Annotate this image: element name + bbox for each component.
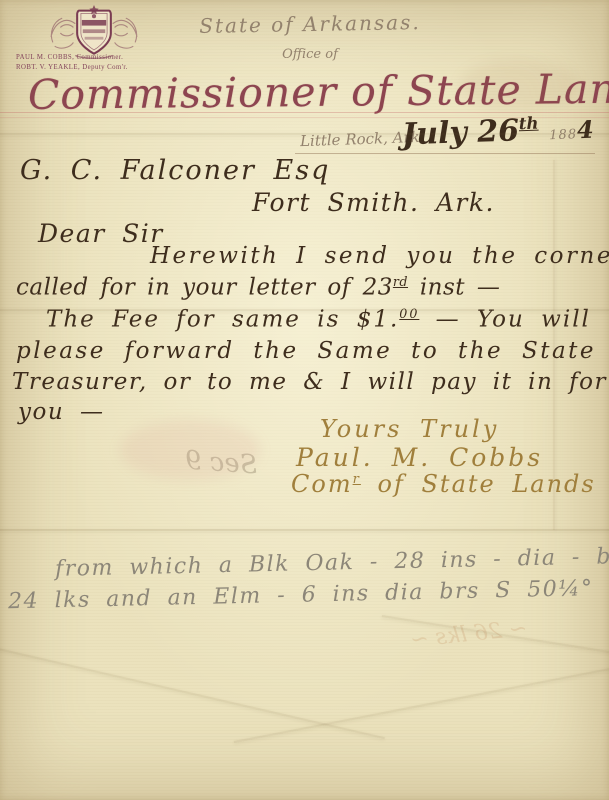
official-commissioner: PAUL M. COBBS, Commissioner.	[16, 53, 196, 63]
body-line-2-tail: inst —	[408, 275, 500, 301]
signature-title-text: Com	[291, 470, 353, 498]
body-line-4: please forward the Same to the State	[16, 338, 596, 364]
paper-smudge	[460, 60, 580, 110]
fold-crease	[0, 529, 609, 531]
fold-crease	[0, 309, 609, 311]
body-line-1: Herewith I send you the corners	[150, 243, 609, 269]
salutation: Dear Sir	[38, 219, 164, 248]
closing-valediction: Yours Truly	[320, 415, 499, 443]
signature-title-tail: of State Lands	[361, 470, 596, 498]
fold-crease	[0, 133, 609, 135]
body-line-5: Treasurer, or to me & I will pay it in f…	[12, 369, 607, 395]
signature-title: Comr of State Lands	[291, 470, 596, 498]
body-line-6: you —	[18, 399, 104, 425]
signature-name: Paul. M. Cobbs	[296, 443, 543, 472]
body-line-2-text: called for in your letter of 23	[16, 275, 393, 301]
fold-crease	[553, 160, 555, 530]
pencil-note-line-1: from which a Blk Oak - 28 ins - dia - br…	[55, 541, 609, 582]
year-printed: 188	[549, 127, 577, 143]
ordinal-rd: rd	[393, 274, 408, 289]
date-ordinal: th	[518, 114, 538, 134]
dateline-rule	[295, 153, 595, 154]
comr-superscript: r	[353, 472, 361, 487]
paper-smudge	[120, 420, 260, 480]
scanned-letter-page: PAUL M. COBBS, Commissioner. ROBT. V. YE…	[0, 0, 609, 800]
fold-crease	[234, 659, 609, 743]
addressee-place: Fort Smith. Ark.	[252, 188, 495, 217]
handwritten-date: July 26th 1884	[401, 111, 594, 153]
year-handwritten: 4	[576, 115, 594, 145]
addressee-name: G. C. Falconer Esq	[20, 155, 330, 186]
body-line-2: called for in your letter of 23rd inst —	[16, 274, 500, 301]
state-of-arkansas-heading: State of Arkansas.	[155, 9, 465, 38]
office-of-label: Office of	[250, 47, 370, 62]
